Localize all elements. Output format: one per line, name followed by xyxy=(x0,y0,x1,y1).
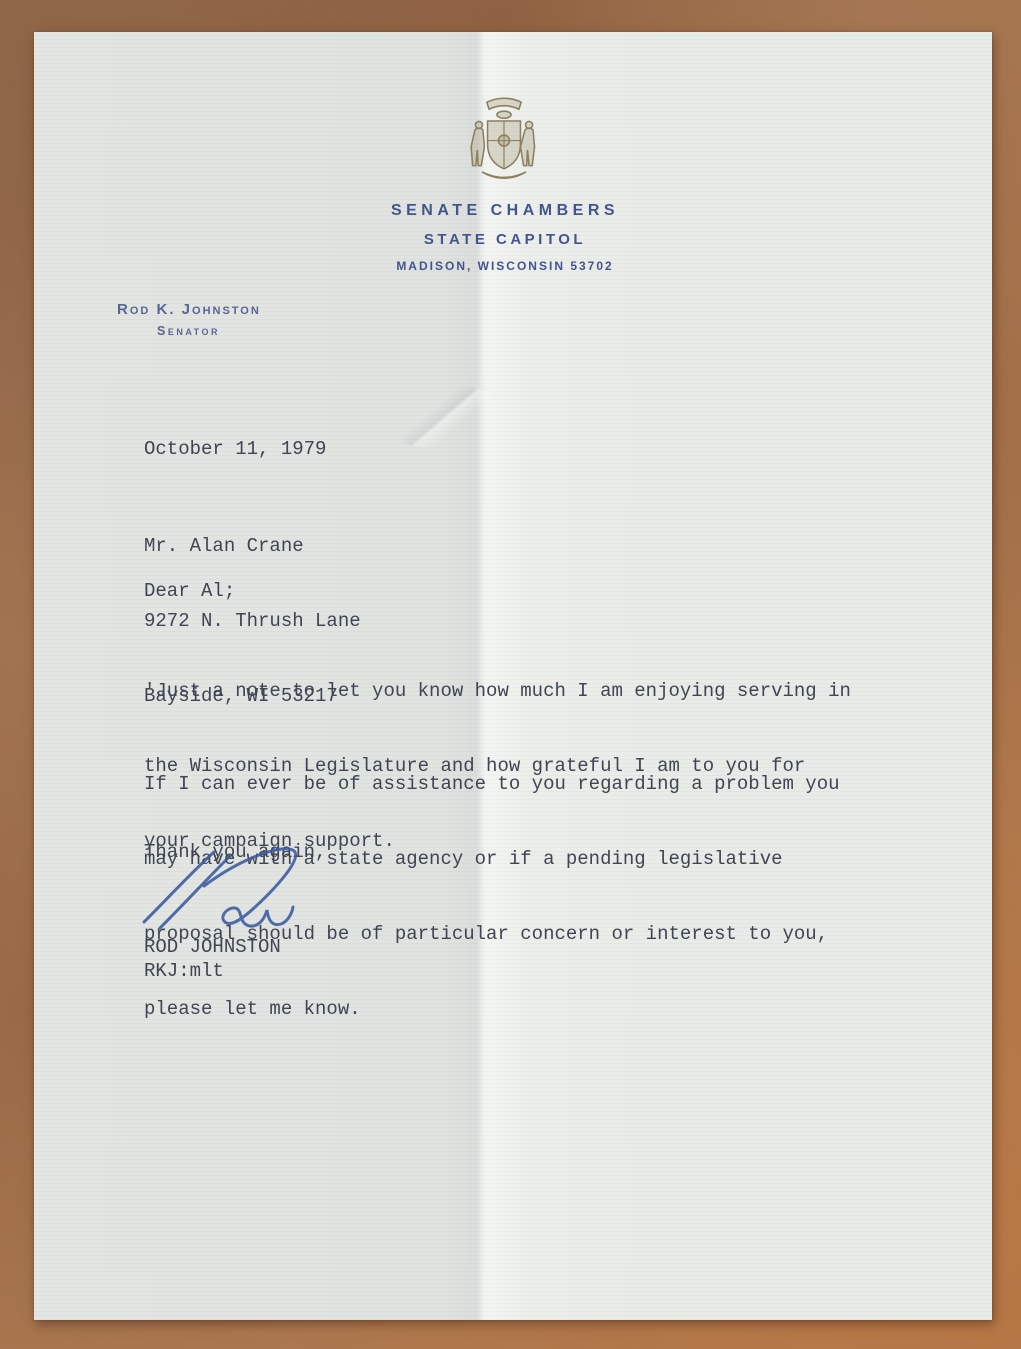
sender-title: Senator xyxy=(157,324,261,338)
paragraph-line: 'Just a note to let you know how much I … xyxy=(144,679,851,704)
letterhead-senate-chambers: SENATE CHAMBERS xyxy=(26,202,984,220)
paper-wrinkle xyxy=(382,370,506,465)
sender-name: Rod K. Johnston xyxy=(117,301,261,318)
letter-date: October 11, 1979 xyxy=(144,437,326,462)
letterhead-state-capitol: STATE CAPITOL xyxy=(26,231,984,248)
letterhead-city-line: MADISON, WISCONSIN 53702 xyxy=(26,259,984,273)
paragraph-line: please let me know. xyxy=(144,997,840,1022)
reference-initials: RKJ:mlt xyxy=(144,959,224,984)
typed-signature-name: ROD JOHNSTON xyxy=(144,935,281,960)
paragraph-line: If I can ever be of assistance to you re… xyxy=(144,772,840,797)
salutation: Dear Al; xyxy=(144,579,235,604)
sender-block: Rod K. Johnston Senator xyxy=(117,301,261,338)
letter-paper: SENATE CHAMBERS STATE CAPITOL MADISON, W… xyxy=(34,32,992,1320)
photo-background: SENATE CHAMBERS STATE CAPITOL MADISON, W… xyxy=(0,0,1021,1349)
wisconsin-coat-of-arms-icon xyxy=(464,92,544,186)
recipient-name: Mr. Alan Crane xyxy=(144,534,361,559)
signature-scrawl xyxy=(134,840,354,940)
